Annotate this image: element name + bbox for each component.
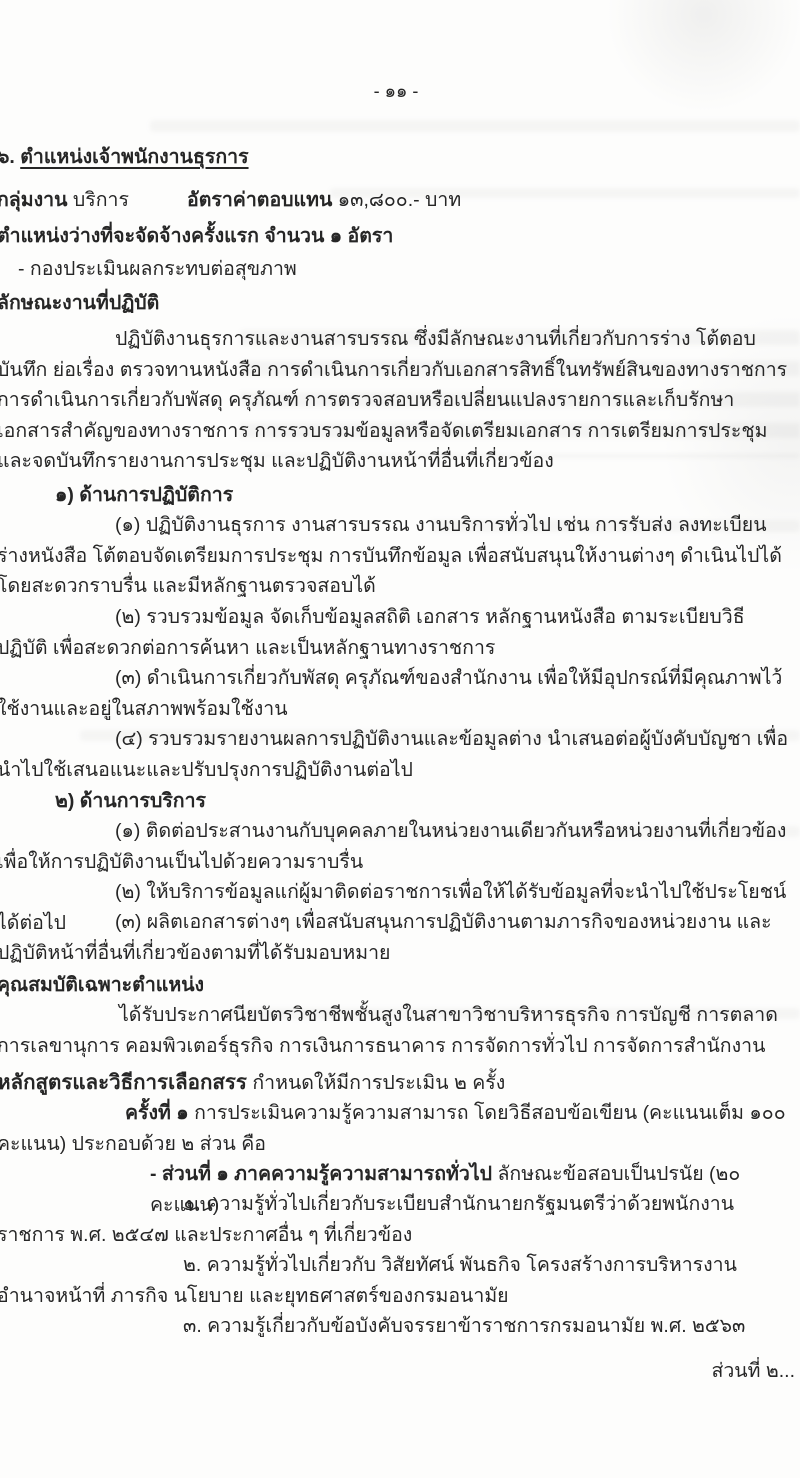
- compensation-value: ๑๓,๘๐๐.- บาท: [338, 189, 461, 211]
- service-duty-item: (๑) ติดต่อประสานงานกับบุคคลภายในหน่วยงาน…: [0, 816, 800, 877]
- service-duties-heading: ๒) ด้านการบริการ: [0, 786, 800, 817]
- operational-duty-item: (๒) รวบรวมข้อมูล จัดเก็บข้อมูลสถิติ เอกส…: [0, 602, 800, 663]
- vacancy-unit: - กองประเมินผลกระทบต่อสุขภาพ: [0, 254, 800, 285]
- service-duty-item: (๓) ผลิตเอกสารต่างๆ เพื่อสนับสนุนการปฏิบ…: [0, 907, 800, 968]
- workgroup-compensation-line: กลุ่มงาน บริการอัตราค่าตอบแทน ๑๓,๘๐๐.- บ…: [0, 185, 800, 216]
- selection-heading: หลักสูตรและวิธีการเลือกสรร: [0, 1071, 247, 1094]
- selection-part1-topic: ๑. ความรู้ทั่วไปเกี่ยวกับระเบียบสำนักนาย…: [0, 1189, 800, 1250]
- scan-artifact: [150, 120, 800, 132]
- compensation-label: อัตราค่าตอบแทน: [187, 189, 332, 211]
- position-section-number: ๖.: [0, 146, 15, 168]
- page-continuation-note: ส่วนที่ ๒...: [0, 1356, 800, 1387]
- selection-heading-line: หลักสูตรและวิธีการเลือกสรร กำหนดให้มีการ…: [0, 1068, 800, 1099]
- page-number: - ๑๑ -: [0, 76, 800, 107]
- qualifications-heading: คุณสมบัติเฉพาะตำแหน่ง: [0, 970, 800, 1001]
- selection-part1-topic: ๓. ความรู้เกี่ยวกับข้อบังคับจรรยาข้าราชก…: [0, 1311, 800, 1342]
- position-title: ตำแหน่งเจ้าพนักงานธุรการ: [20, 146, 248, 168]
- work-group-label: กลุ่มงาน: [0, 189, 67, 211]
- operational-duty-item: (๓) ดำเนินการเกี่ยวกับพัสดุ ครุภัณฑ์ของส…: [0, 663, 800, 724]
- selection-round1-detail: การประเมินความรู้ความสามารถ โดยวิธีสอบข้…: [0, 1102, 786, 1155]
- operational-duties-heading: ๑) ด้านการปฏิบัติการ: [0, 480, 800, 511]
- position-section-heading: ๖. ตำแหน่งเจ้าพนักงานธุรการ: [0, 142, 800, 173]
- work-group-value: บริการ: [73, 189, 129, 211]
- selection-heading-note: กำหนดให้มีการประเมิน ๒ ครั้ง: [252, 1072, 505, 1094]
- operational-duty-item: (๑) ปฏิบัติงานธุรการ งานสารบรรณ งานบริกา…: [0, 510, 800, 602]
- job-description-heading: ลักษณะงานที่ปฏิบัติ: [0, 288, 800, 319]
- selection-round1-line: ครั้งที่ ๑ การประเมินความรู้ความสามารถ โ…: [0, 1098, 800, 1159]
- selection-round1-label: ครั้งที่ ๑: [125, 1102, 189, 1124]
- scanned-document-page: - ๑๑ - ๖. ตำแหน่งเจ้าพนักงานธุรการ กลุ่ม…: [0, 0, 800, 1478]
- qualifications-detail: ได้รับประกาศนียบัตรวิชาชีพชั้นสูงในสาขาว…: [0, 1000, 800, 1061]
- operational-duty-item: (๔) รวบรวมรายงานผลการปฏิบัติงานและข้อมูล…: [0, 724, 800, 785]
- selection-part1-label: - ส่วนที่ ๑ ภาคความรู้ความสามารถทั่วไป: [150, 1163, 492, 1185]
- job-description-intro: ปฏิบัติงานธุรการและงานสารบรรณ ซึ่งมีลักษ…: [0, 324, 800, 477]
- vacancy-heading: ตำแหน่งว่างที่จะจัดจ้างครั้งแรก จำนวน ๑ …: [0, 221, 800, 252]
- selection-part1-topic: ๒. ความรู้ทั่วไปเกี่ยวกับ วิสัยทัศน์ พัน…: [0, 1250, 800, 1311]
